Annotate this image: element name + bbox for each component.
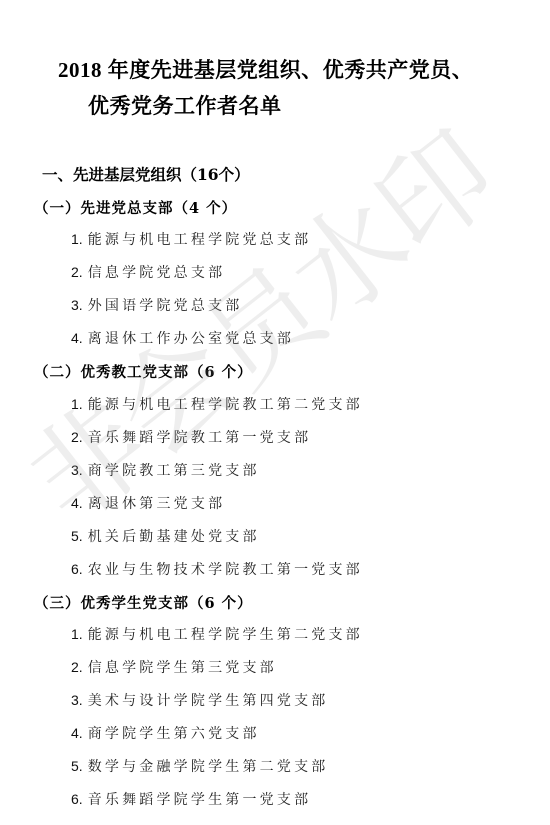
list-item: 4.商学院学生第六党支部 — [71, 723, 260, 743]
list-item: 5.数学与金融学院学生第二党支部 — [71, 756, 329, 776]
group-heading-student-branches: （三）优秀学生党支部（6 个） — [34, 592, 253, 613]
group-heading-general-branches: （一）先进党总支部（4 个） — [34, 197, 237, 218]
list-item: 4.离退休第三党支部 — [71, 493, 225, 513]
list-item: 2.信息学院党总支部 — [71, 262, 225, 282]
item-name: 信息学院学生第三党支部 — [88, 660, 277, 676]
item-number: 3. — [71, 692, 83, 708]
item-name: 音乐舞蹈学院学生第一党支部 — [88, 792, 312, 808]
item-name: 机关后勤基建处党支部 — [88, 529, 260, 545]
item-number: 5. — [71, 758, 83, 774]
item-number: 6. — [71, 561, 83, 577]
item-number: 2. — [71, 264, 83, 280]
item-number: 3. — [71, 297, 83, 313]
item-name: 外国语学院党总支部 — [88, 298, 243, 314]
item-name: 商学院教工第三党支部 — [88, 463, 260, 479]
item-name: 美术与设计学院学生第四党支部 — [88, 693, 329, 709]
list-item: 5.机关后勤基建处党支部 — [71, 526, 260, 546]
list-item: 6.音乐舞蹈学院学生第一党支部 — [71, 789, 311, 809]
item-name: 农业与生物技术学院教工第一党支部 — [88, 562, 363, 578]
document-title: 2018 年度先进基层党组织、优秀共产党员、 优秀党务工作者名单 — [58, 52, 528, 124]
watermark: 非会员水印 — [0, 88, 523, 553]
list-item: 1.能源与机电工程学院党总支部 — [71, 229, 311, 249]
list-item: 1.能源与机电工程学院学生第二党支部 — [71, 624, 363, 644]
group-heading-staff-branches: （二）优秀教工党支部（6 个） — [34, 361, 253, 382]
item-number: 2. — [71, 659, 83, 675]
item-name: 商学院学生第六党支部 — [88, 726, 260, 742]
item-number: 1. — [71, 396, 83, 412]
document-page: 2018 年度先进基层党组织、优秀共产党员、 优秀党务工作者名单 一、先进基层党… — [0, 0, 550, 825]
section-heading-advanced-orgs: 一、先进基层党组织（16个） — [42, 163, 250, 185]
list-item: 2.信息学院学生第三党支部 — [71, 657, 277, 677]
item-name: 离退休工作办公室党总支部 — [88, 331, 294, 347]
item-name: 信息学院党总支部 — [88, 265, 226, 281]
item-number: 1. — [71, 231, 83, 247]
list-item: 3.外国语学院党总支部 — [71, 295, 243, 315]
item-name: 能源与机电工程学院党总支部 — [88, 232, 312, 248]
item-name: 音乐舞蹈学院教工第一党支部 — [88, 430, 312, 446]
list-item: 3.商学院教工第三党支部 — [71, 460, 260, 480]
item-name: 能源与机电工程学院学生第二党支部 — [88, 627, 363, 643]
title-line-2: 优秀党务工作者名单 — [58, 88, 528, 124]
item-number: 5. — [71, 528, 83, 544]
item-name: 能源与机电工程学院教工第二党支部 — [88, 397, 363, 413]
title-line-1: 2018 年度先进基层党组织、优秀共产党员、 — [58, 58, 473, 82]
list-item: 1.能源与机电工程学院教工第二党支部 — [71, 394, 363, 414]
item-number: 1. — [71, 626, 83, 642]
item-number: 4. — [71, 330, 83, 346]
item-name: 离退休第三党支部 — [88, 496, 226, 512]
item-name: 数学与金融学院学生第二党支部 — [88, 759, 329, 775]
item-number: 4. — [71, 495, 83, 511]
list-item: 4.离退休工作办公室党总支部 — [71, 328, 294, 348]
list-item: 3.美术与设计学院学生第四党支部 — [71, 690, 329, 710]
item-number: 6. — [71, 791, 83, 807]
item-number: 3. — [71, 462, 83, 478]
item-number: 2. — [71, 429, 83, 445]
list-item: 2.音乐舞蹈学院教工第一党支部 — [71, 427, 311, 447]
item-number: 4. — [71, 725, 83, 741]
list-item: 6.农业与生物技术学院教工第一党支部 — [71, 559, 363, 579]
